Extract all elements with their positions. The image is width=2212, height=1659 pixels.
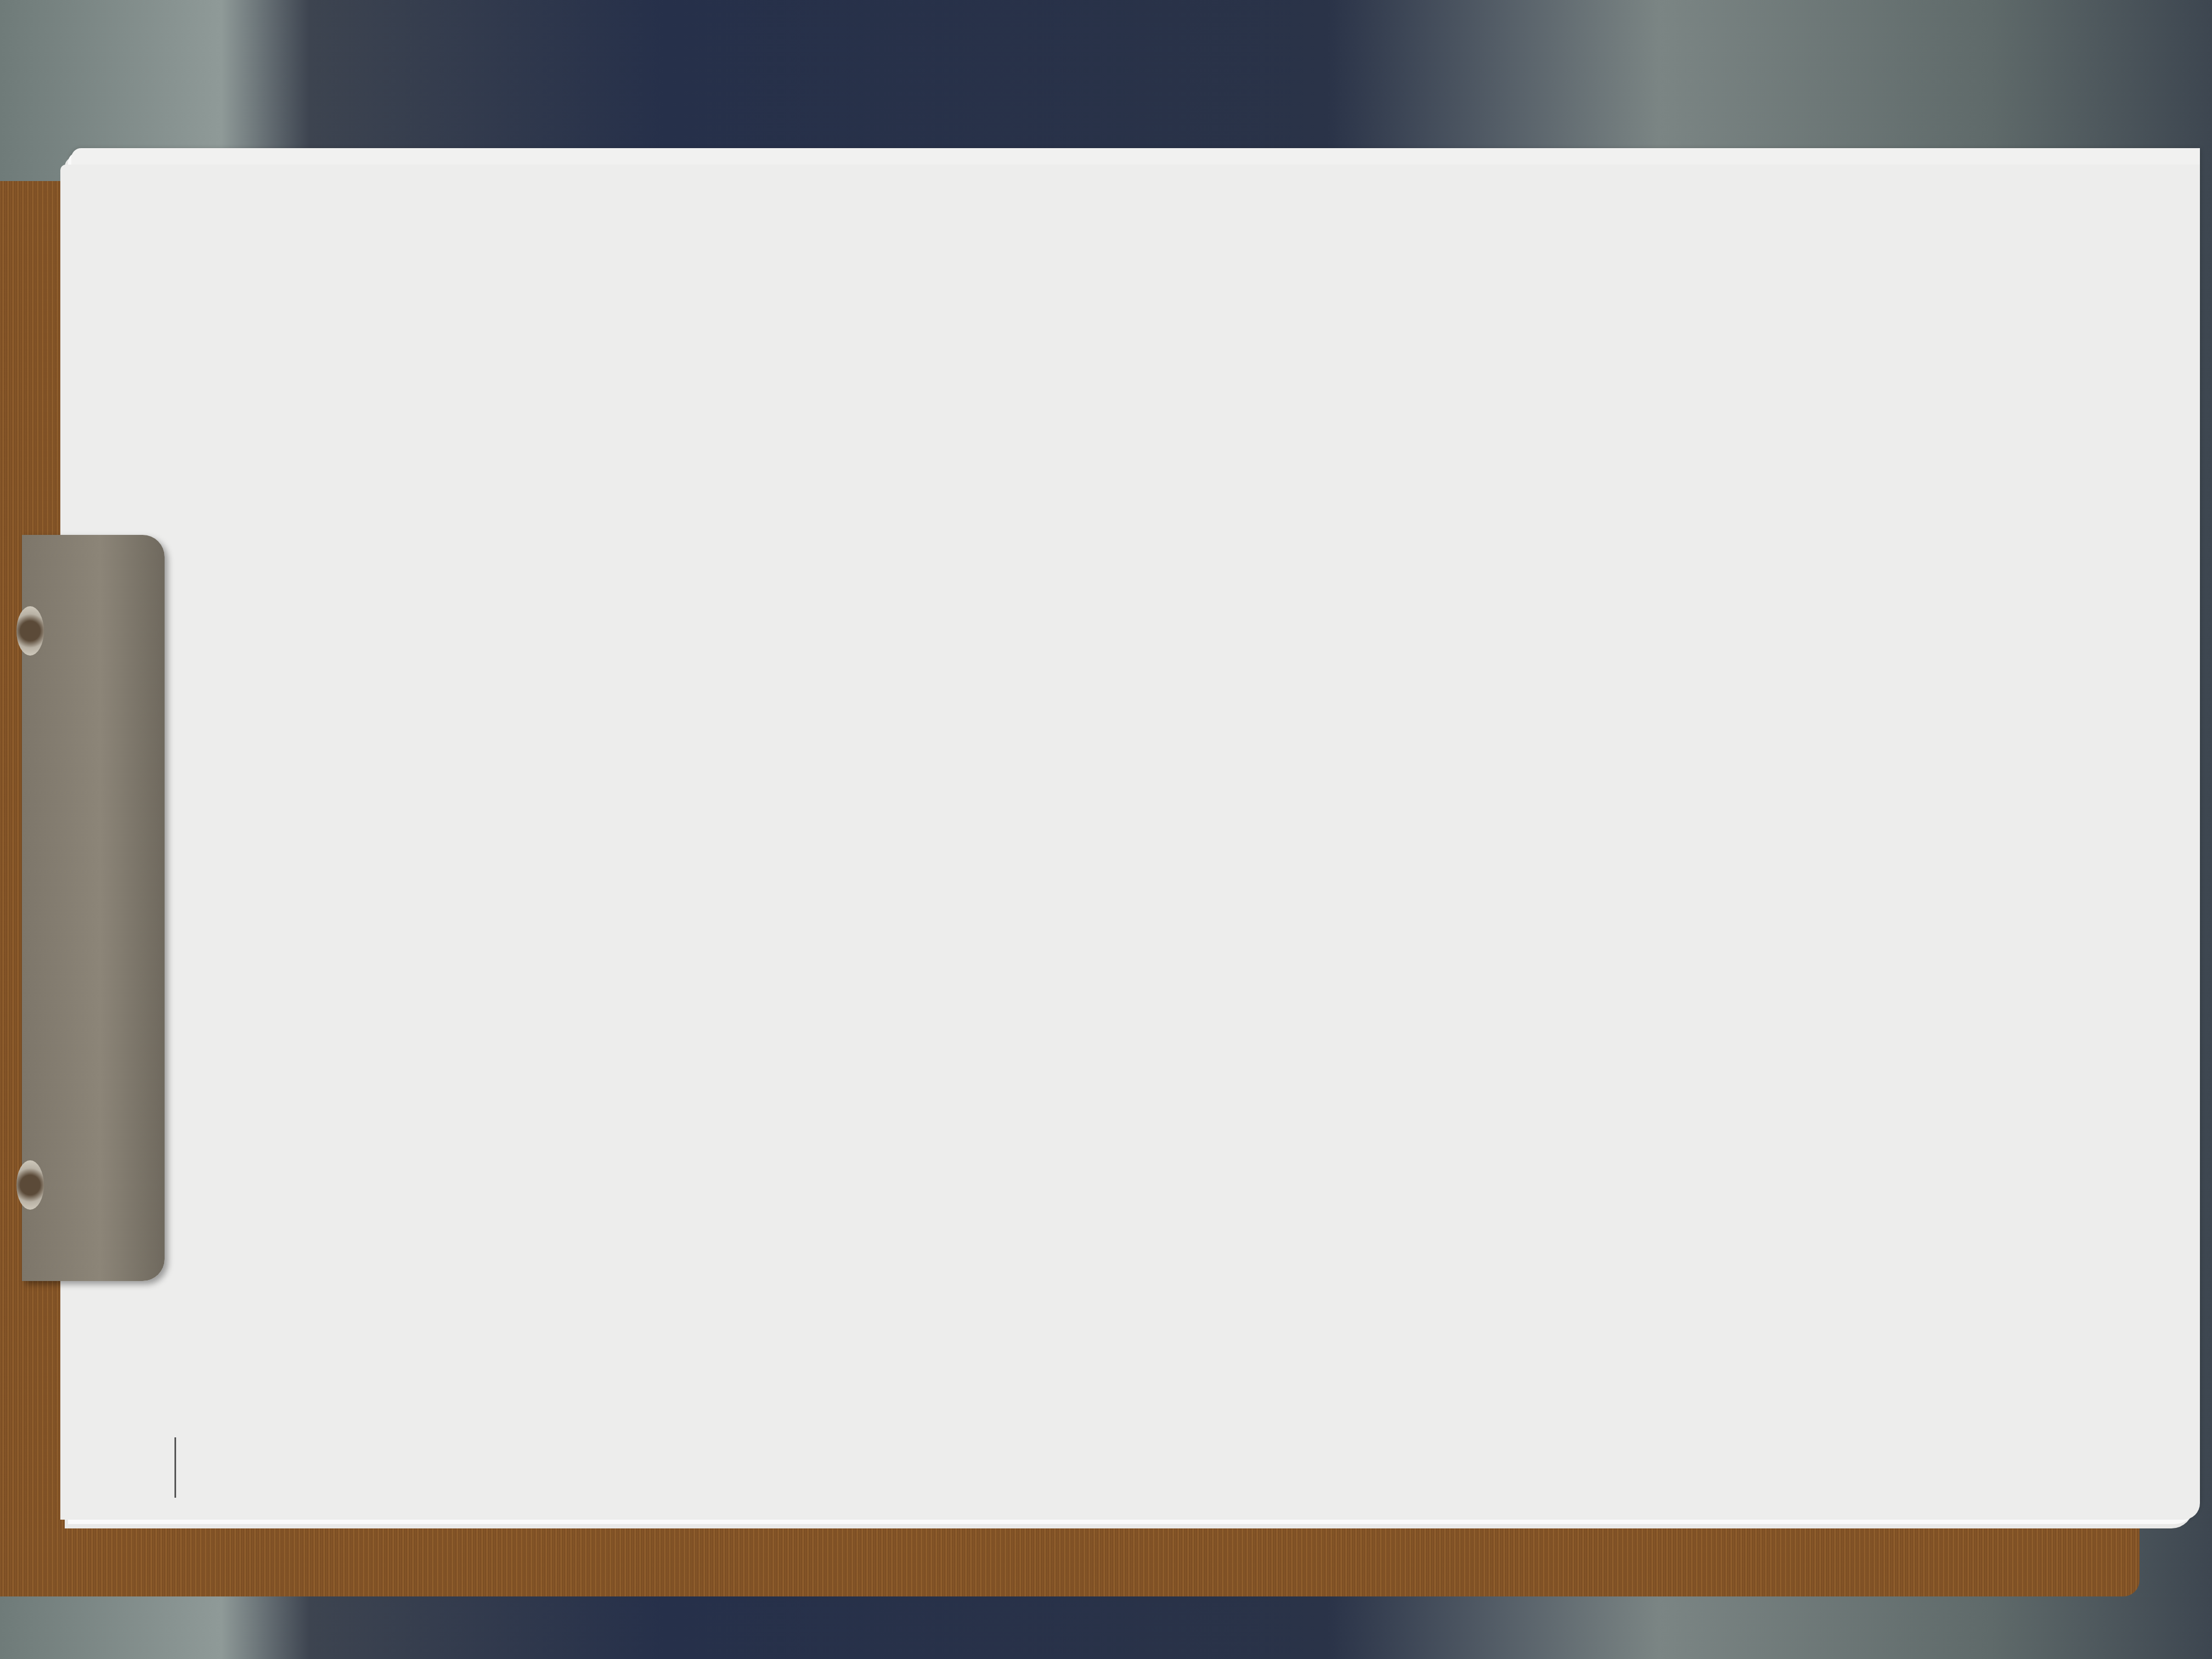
page-edge-mark bbox=[174, 1437, 176, 1498]
document-sheet: MUNICIPIO DE CARTAGO VALLE DEL CAUCA Nit… bbox=[60, 165, 2200, 1520]
clip-rivet-icon bbox=[16, 606, 44, 656]
clip-rivet-icon bbox=[16, 1160, 44, 1210]
clipboard-clip bbox=[22, 535, 165, 1281]
